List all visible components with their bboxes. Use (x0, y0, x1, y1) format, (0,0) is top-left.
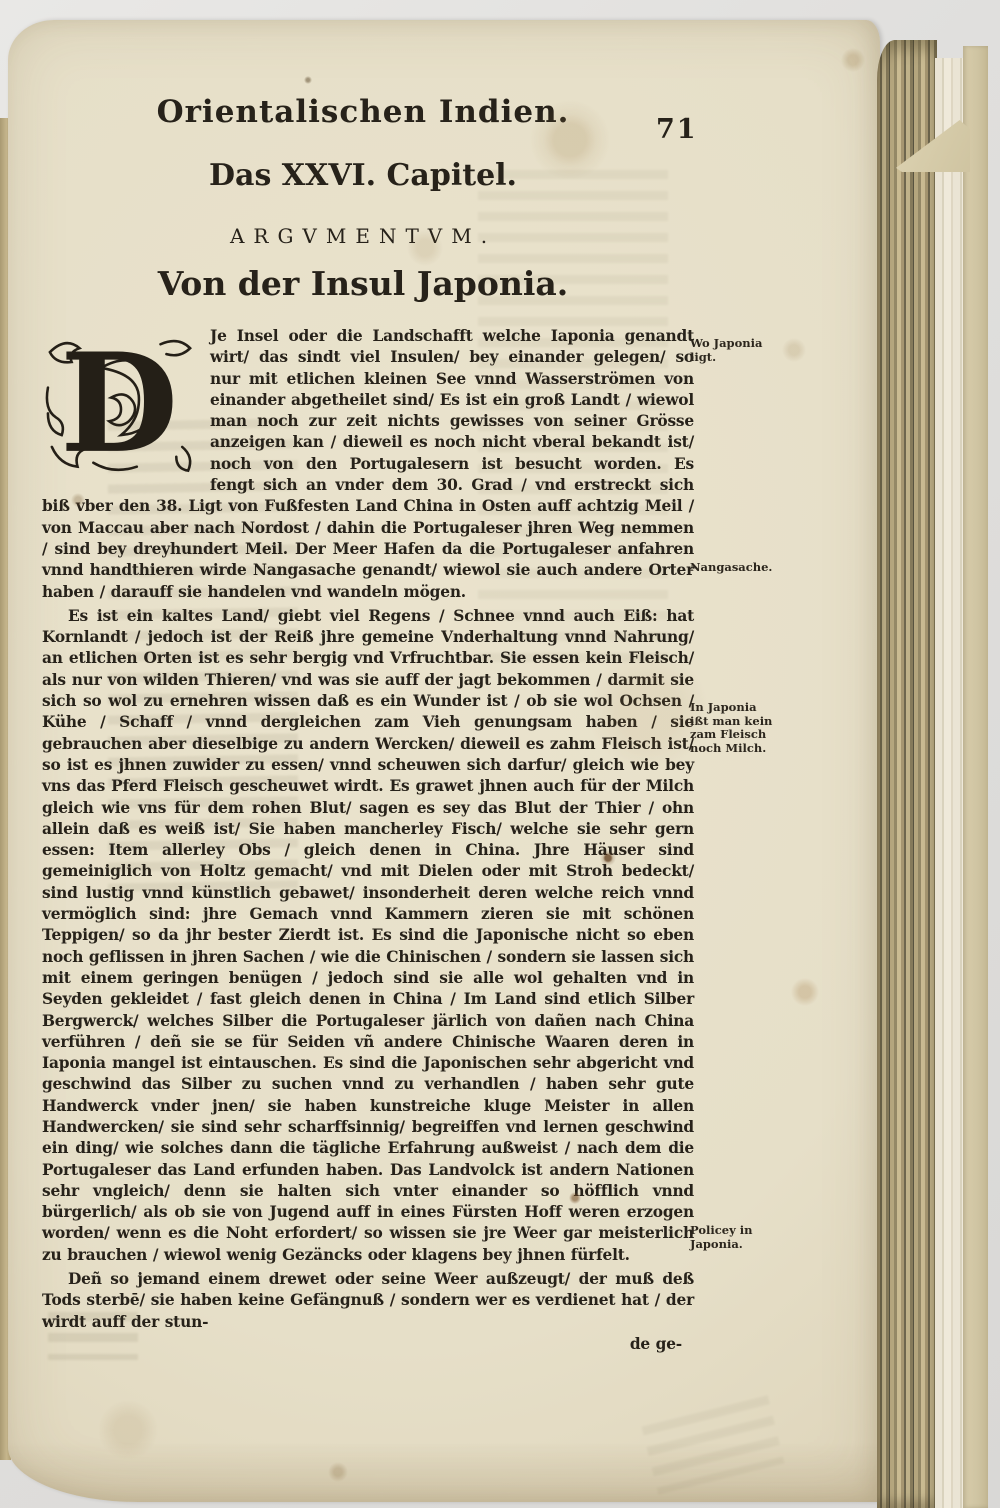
book-fore-edge (877, 40, 937, 1508)
page-stack-edge (935, 58, 965, 1508)
svg-text:D: D (60, 328, 178, 477)
margin-note: In Japonia ißt man kein zam Fleisch noch… (690, 701, 776, 755)
vellum-cover-edge (963, 46, 988, 1508)
chapter-heading: Das XXVI. Capitel. (128, 158, 598, 193)
page-number: 71 (656, 114, 698, 145)
margin-note: Nangasache. (690, 561, 776, 575)
body-text: D Je Insel oder die Landschafft welche I… (42, 326, 694, 1355)
argument-label: ARGVMENTVM. (128, 224, 598, 248)
catchword: de ge- (42, 1334, 694, 1355)
verso-show-through (641, 1395, 784, 1494)
paragraph: Deñ so jemand einem drewet oder seine We… (42, 1269, 694, 1333)
woodcut-initial-icon: D (42, 328, 200, 477)
margin-note: Policey in Japonia. (690, 1224, 776, 1251)
section-title: Von der Insul Japonia. (108, 264, 618, 303)
running-title: Orientalischen Indien. (128, 94, 598, 130)
book-page: Orientalischen Indien. 71 Das XXVI. Capi… (8, 20, 880, 1502)
margin-note: Wo Japonia ligt. (690, 337, 776, 364)
paragraph: Es ist ein kaltes Land/ giebt viel Regen… (42, 606, 694, 1266)
